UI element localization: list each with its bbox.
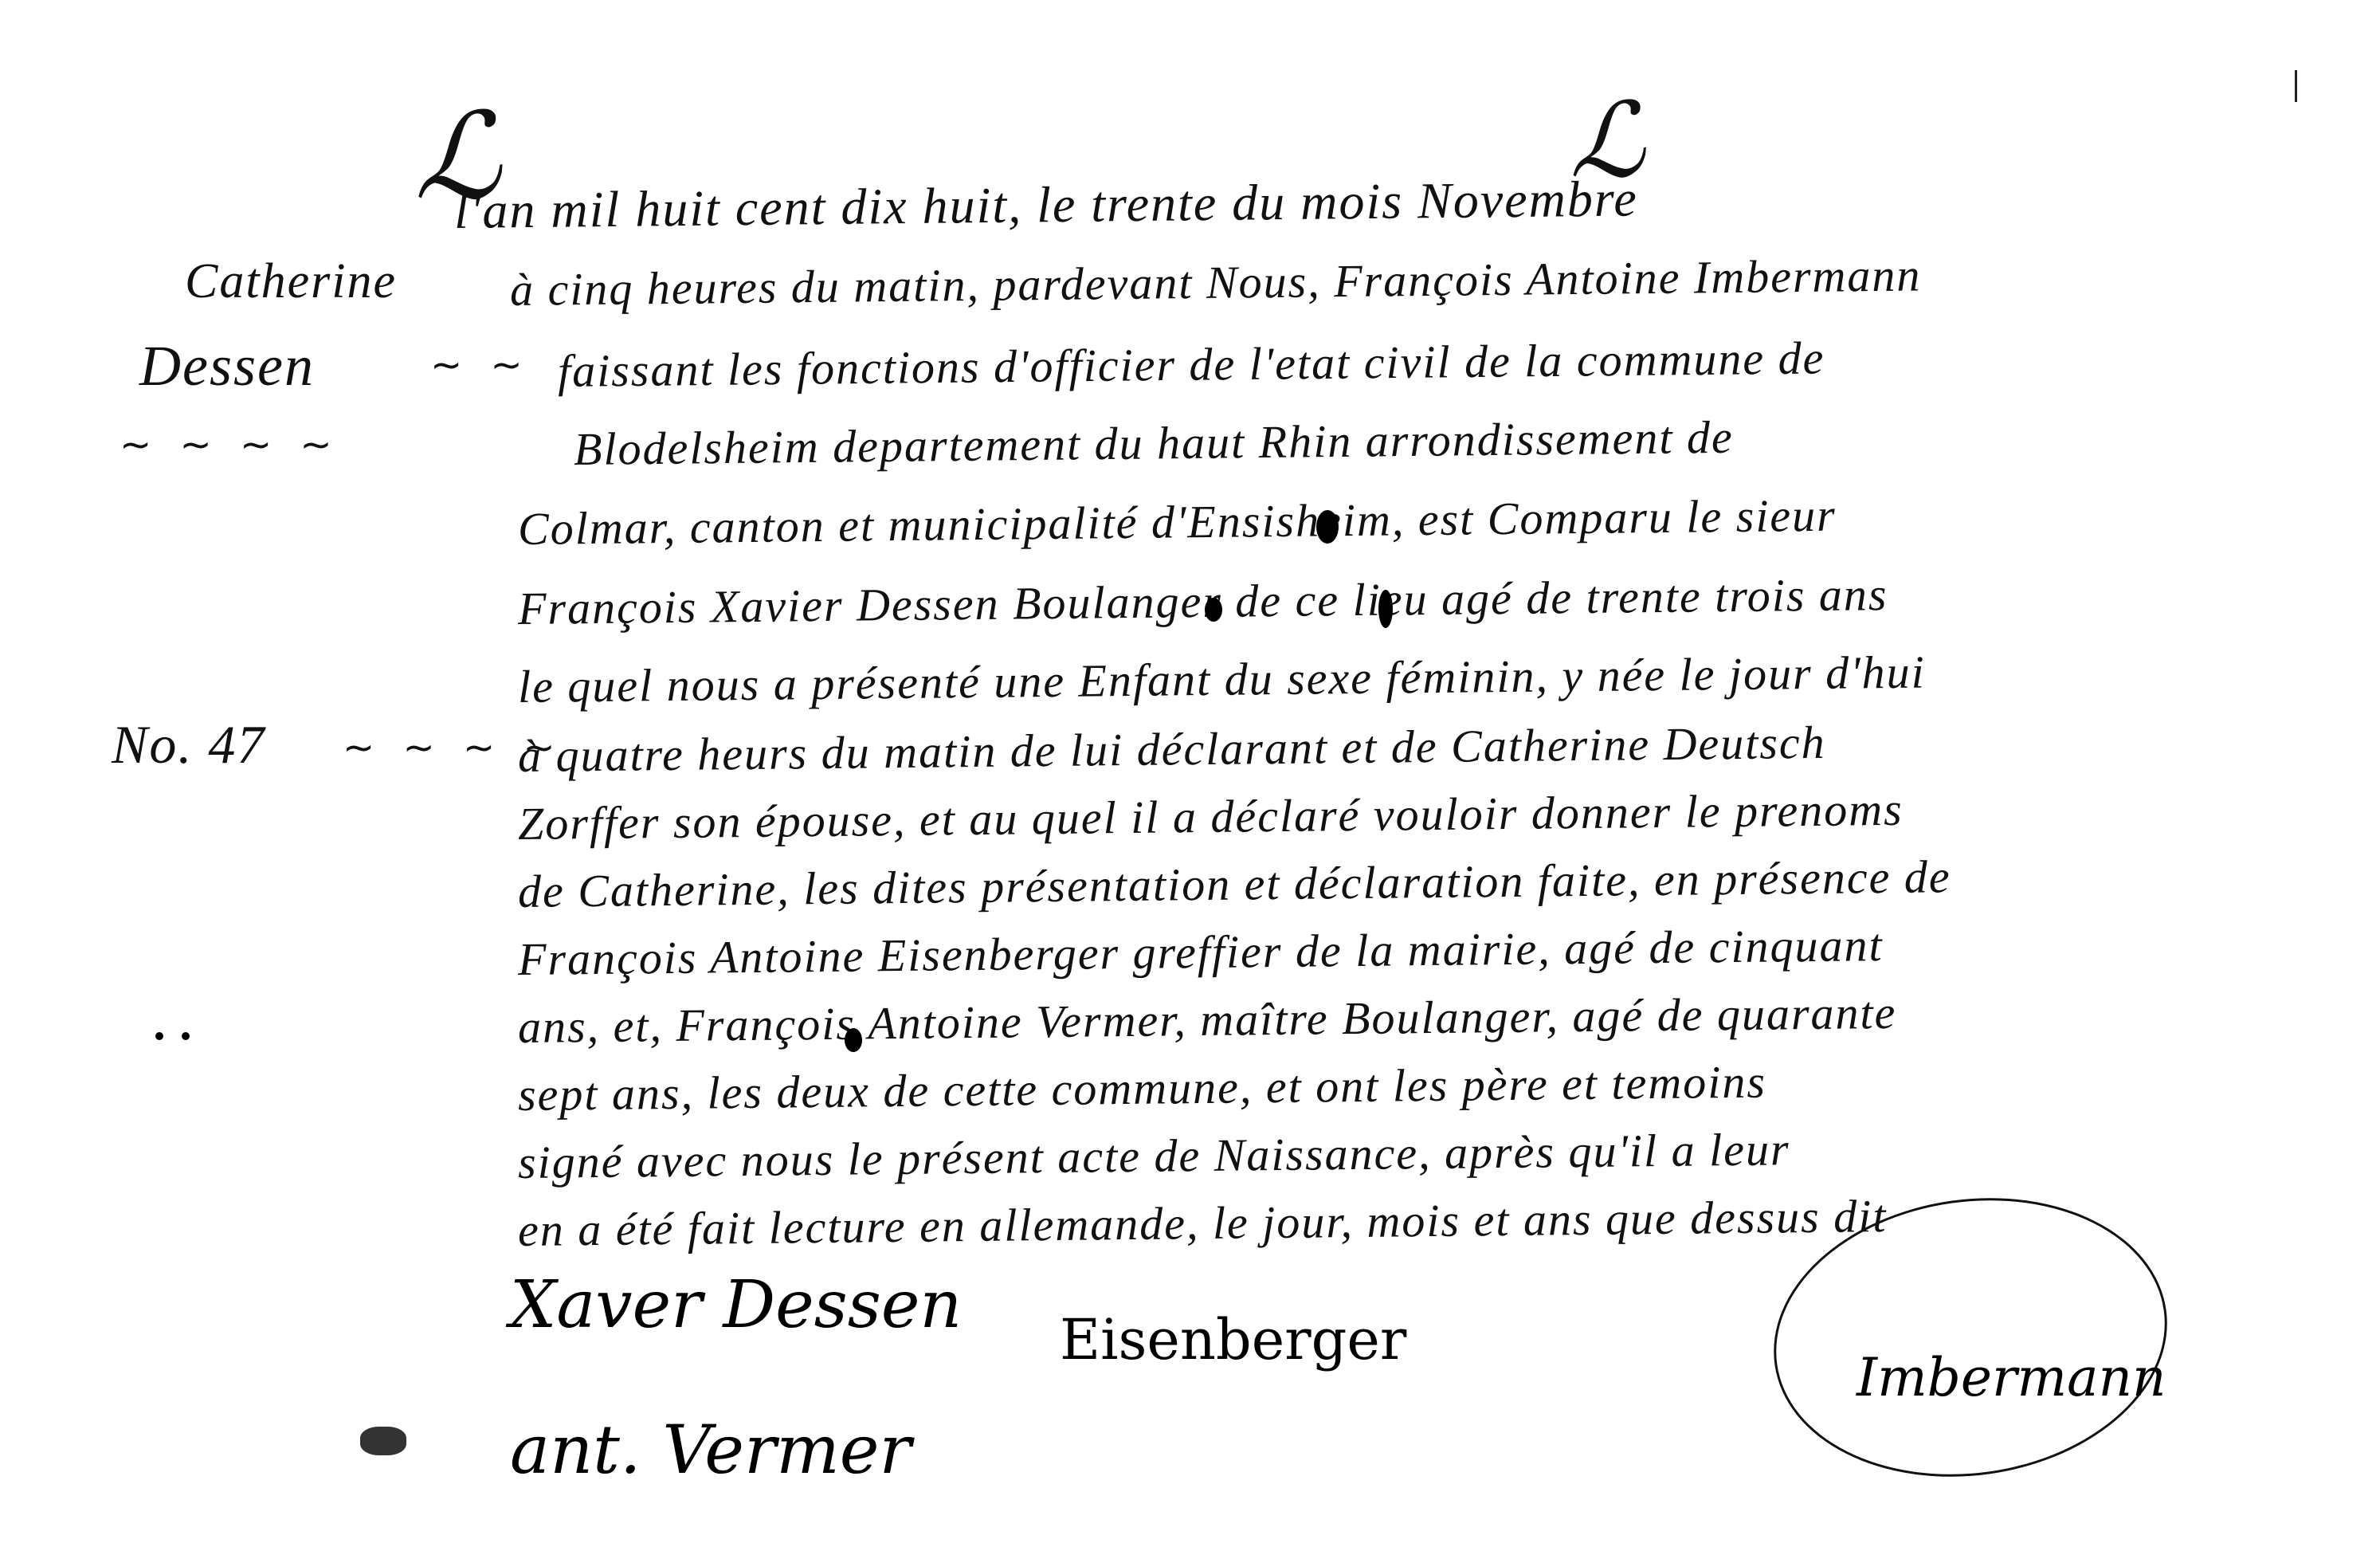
record-line-2: à cinq heures du matin, pardevant Nous, … — [510, 248, 1922, 316]
margin-dashes-1: ~ ~ — [430, 343, 531, 387]
signature-father: Xaver Dessen — [510, 1267, 962, 1343]
record-line-15: en a été fait lecture en allemande, le j… — [518, 1189, 1888, 1257]
signature-greffier: Eisenberger — [1060, 1307, 1406, 1372]
record-line-13: sept ans, les deux de cette commune, et … — [518, 1055, 1767, 1121]
record-line-7: le quel nous a présenté une Enfant du se… — [518, 646, 1926, 713]
ink-dot-margin-2 — [182, 1032, 190, 1040]
document-page: ℒ ℒ Catherine Dessen ~ ~ ~ ~ ~ ~ No. 47 … — [0, 0, 2380, 1543]
margin-name-first: Catherine — [185, 253, 397, 310]
record-line-6: François Xavier Dessen Boulanger de ce l… — [518, 567, 1888, 635]
margin-name-last: Dessen — [139, 333, 315, 399]
signature-witness: ant. Vermer — [510, 1411, 912, 1489]
record-line-3: faissant les fonctions d'officier de l'e… — [558, 331, 1825, 398]
ink-blot-3 — [1205, 598, 1222, 622]
record-line-14: signé avec nous le présent acte de Naiss… — [518, 1122, 1790, 1189]
ink-dot-margin-1 — [155, 1032, 163, 1040]
signature-mayor: Imbermann — [1857, 1347, 2166, 1408]
record-line-4: Blodelsheim departement du haut Rhin arr… — [574, 410, 1734, 476]
ink-stain-bottom-left — [360, 1427, 406, 1455]
margin-dashes-2: ~ ~ ~ ~ — [120, 422, 340, 467]
record-line-11: François Antoine Eisenberger greffier de… — [518, 918, 1884, 986]
scan-edge-line — [2295, 70, 2297, 102]
record-line-12: ans, et, François Antoine Vermer, maître… — [518, 986, 1897, 1054]
ink-blot-4 — [1378, 590, 1393, 628]
record-line-1: l'an mil huit cent dix huit, le trente d… — [454, 169, 1639, 241]
ink-blot-2 — [845, 1028, 862, 1052]
record-line-5: Colmar, canton et municipalité d'Ensishe… — [518, 489, 1837, 556]
ink-blot-1 — [1316, 510, 1339, 544]
record-line-10: de Catherine, les dites présentation et … — [518, 850, 1951, 918]
entry-number: No. 47 — [112, 713, 265, 776]
record-line-8: à quatre heurs du matin de lui déclarant… — [518, 716, 1826, 783]
record-line-9: Zorffer son épouse, et au quel il a décl… — [518, 783, 1904, 850]
